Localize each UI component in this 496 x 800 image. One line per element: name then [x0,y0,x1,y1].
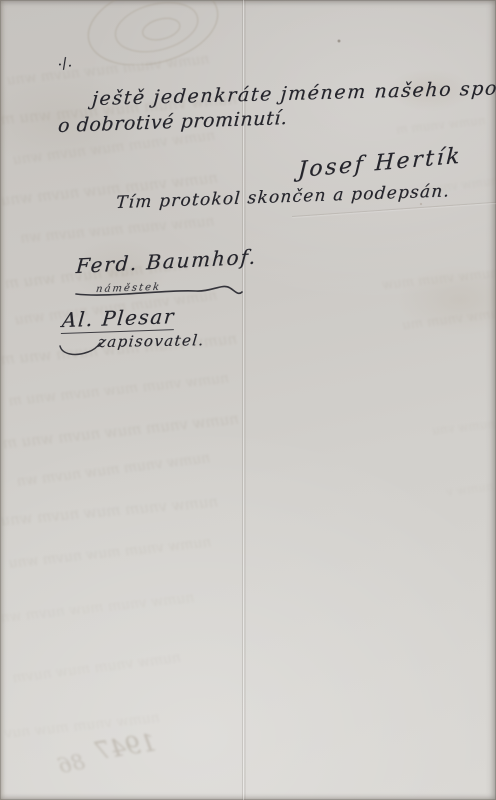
bleed-through-line: numw vnum muw nuvm [12,650,182,687]
bleed-through-line: numw vnum muw nuvm wn [16,450,211,490]
bleed-through-line: numw vnum m [396,113,487,136]
bleed-through-mark: 86 [56,749,87,778]
bleed-through-line: numw vnum muw nuvm wnu [8,534,212,571]
bleed-through-line: numw vnum muw nuv [4,710,161,742]
handwritten-appeal-line-1: ještě jedenkráte jménem našeho spolku [91,76,496,110]
signature-name-2: Al. Plesar [61,304,176,334]
corner-mark: ·/. [56,54,74,73]
bleed-through-line: numw vnum muw nuvm wn [0,590,195,626]
bleed-through-line: numw vnu [431,417,495,438]
paper-stains [0,0,496,800]
bleed-through-numbers: 1947 [93,728,158,765]
bleed-through-line: numw vnum muw nuvm wnu [6,51,210,88]
bleed-through-line: numw vnum muw nuvm wnu [0,493,219,530]
bleed-through-line: numw vnum muw nuvm wnu m [2,410,240,453]
bleed-through-line: numw v [445,479,494,499]
bleed-through-line: numw vnum muw nuvm wnu [12,128,216,169]
bleed-through-line: numw vnum muw nuvm wnu m [4,250,242,293]
signature-name-1: Ferd. Baumhof. [75,244,258,278]
signature-underline-flourish [74,280,244,304]
vertical-fold-crease [242,0,246,800]
signature-lead-flourish [58,338,102,360]
bleed-through-line: numw vnum muw nuvm wnu [14,288,218,329]
handwritten-appeal-line-2: o dobrotivé prominutí. [57,107,288,137]
bleed-through-line: numw vnum muw nuvm wn [20,214,215,247]
bleed-through-line: numw vnum muw nuvm wnu m [0,330,238,369]
bleed-through-line: numw vnum muw nuvm wnu [0,169,219,210]
diagonal-crease [292,201,496,217]
signature-role-1: náměstek [95,282,161,295]
bleed-through-line: numw vnum muw [382,266,496,293]
handwritten-closing-line: Tím protokol skončen a podepsán. [115,181,450,213]
scanned-document-page: numw vnum muw nuvm wnu numw vnum muw nuv… [0,0,496,800]
signature-role-2: zapisovatel. [97,331,206,351]
signature-josef-hertik: Josef Hertík [297,144,462,184]
bleed-through-line: numw vnum muw nuvm wnu m [8,370,230,409]
bleed-through-line: numw vnum [423,174,496,197]
bleed-through-flourish [68,0,238,65]
bleed-through-line: numw vnum muw nuvm wnu m [0,90,238,129]
bleed-through-line: numw vnum mu [401,306,496,334]
